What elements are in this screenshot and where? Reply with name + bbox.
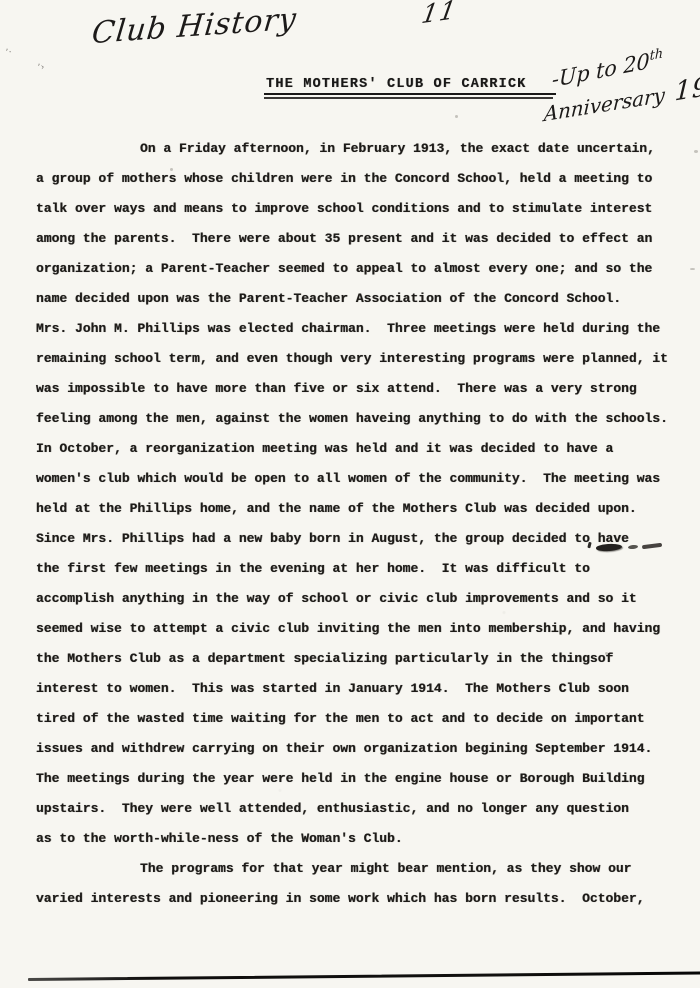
note-superscript: th (650, 46, 664, 64)
title-underline-second (264, 97, 553, 99)
ink-smudge (588, 540, 666, 555)
typed-line: tired of the wasted time waiting for the… (36, 704, 684, 734)
typed-line: interest to women. This was started in J… (36, 674, 684, 704)
ink-smudge-blob (596, 543, 622, 552)
title-underline (264, 93, 556, 95)
typed-line: upstairs. They were well attended, enthu… (36, 794, 684, 824)
typed-line: The meetings during the year were held i… (36, 764, 684, 794)
typed-line: issues and withdrew carrying on their ow… (36, 734, 684, 764)
typed-line: The programs for that year might bear me… (36, 854, 684, 884)
typed-line: held at the Phillips home, and the name … (36, 494, 684, 524)
paragraph-2: The programs for that year might bear me… (36, 854, 684, 914)
scan-mark: ’› (37, 63, 45, 74)
typed-line: varied interests and pioneering in some … (36, 884, 684, 914)
scan-speck (690, 268, 695, 270)
typed-line: among the parents. There were about 35 p… (36, 224, 684, 254)
ink-smudge-dash (642, 543, 662, 549)
scanned-document-page: Club History 11 THE MOTHERS' CLUB OF CAR… (0, 0, 700, 988)
handwritten-page-number: 11 (419, 0, 460, 30)
typed-line: as to the worth-while-ness of the Woman'… (36, 824, 684, 854)
typed-line: organization; a Parent-Teacher seemed to… (36, 254, 684, 284)
typed-line: In October, a reorganization meeting was… (36, 434, 684, 464)
typed-line: a group of mothers whose children were i… (36, 164, 684, 194)
typed-line: name decided upon was the Parent-Teacher… (36, 284, 684, 314)
typed-line: was impossible to have more than five or… (36, 374, 684, 404)
scan-mark: ’· (5, 48, 12, 59)
document-title: THE MOTHERS' CLUB OF CARRICK (266, 77, 526, 92)
note-year: 1933 (664, 66, 700, 109)
typed-line: the first few meetings in the evening at… (36, 554, 684, 584)
typed-line: Mrs. John M. Phillips was elected chairm… (36, 314, 684, 344)
typed-body: On a Friday afternoon, in February 1913,… (36, 134, 684, 914)
paragraph-1: On a Friday afternoon, in February 1913,… (36, 134, 684, 854)
typed-line: talk over ways and means to improve scho… (36, 194, 684, 224)
handwritten-header-note: Club History (90, 2, 298, 52)
scan-speck (170, 168, 173, 171)
typed-line: accomplish anything in the way of school… (36, 584, 684, 614)
scan-speck (605, 652, 608, 655)
typed-line: feeling among the men, against the women… (36, 404, 684, 434)
scan-speck (694, 150, 698, 153)
scan-speck (455, 115, 458, 118)
typed-line: women's club which would be open to all … (36, 464, 684, 494)
page-bottom-scan-edge (28, 972, 700, 981)
typed-line: remaining school term, and even though v… (36, 344, 684, 374)
ink-smudge-dots (628, 544, 638, 549)
typed-line: seemed wise to attempt a civic club invi… (36, 614, 684, 644)
typed-line: the Mothers Club as a department special… (36, 644, 684, 674)
typed-line: On a Friday afternoon, in February 1913,… (36, 134, 684, 164)
ink-smudge-tick (587, 542, 591, 548)
typed-line: Since Mrs. Phillips had a new baby born … (36, 524, 684, 554)
